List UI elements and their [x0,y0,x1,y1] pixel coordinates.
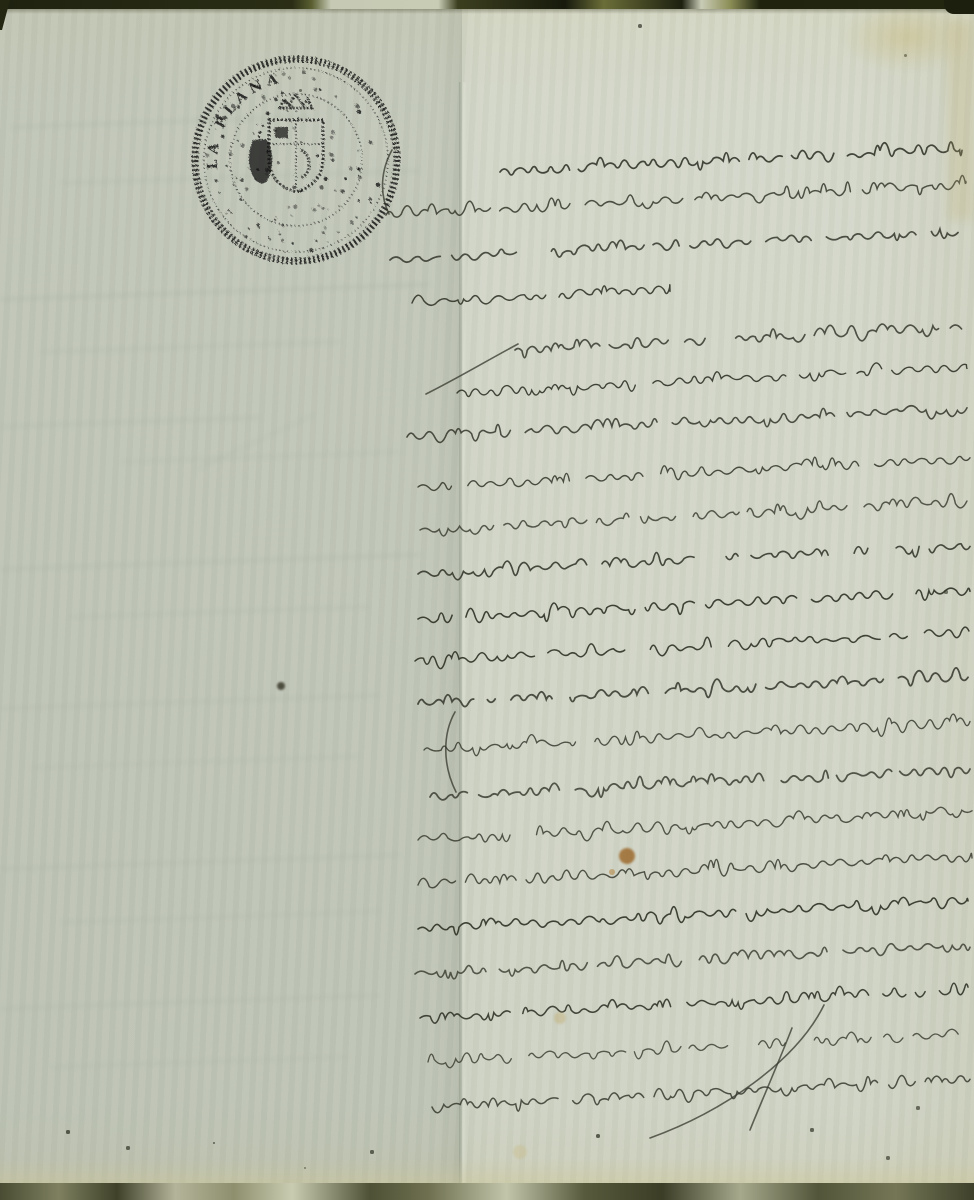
handwriting-line [420,494,974,536]
ink-speck [370,1150,373,1153]
bottom-edge-discoloration [0,1158,974,1183]
handwriting-line [415,627,974,669]
ink-speck [126,1146,129,1149]
ink-speck [638,24,642,28]
handwriting-line [457,363,967,397]
ink-speck [944,590,947,593]
handwriting-line [500,142,962,175]
foxing-stain [619,848,635,864]
handwriting-line [418,456,970,490]
ink-speck [596,1134,600,1138]
handwriting-flourish [650,1005,824,1138]
ink-speck [916,1106,919,1109]
handwriting-line [418,807,972,842]
ink-speck [609,869,615,875]
handwriting-line [386,175,966,217]
handwriting-line [418,897,968,934]
foxing-stain [554,1012,566,1024]
handwriting-line [430,768,970,800]
foxing-stain [513,1145,527,1159]
handwriting-line [390,229,958,262]
handwriting-line [428,1029,974,1067]
paper-stain-right-edge [948,20,974,220]
handwriting-line [418,588,970,622]
handwriting-line [418,544,970,580]
ink-speck [810,1128,813,1131]
handwriting-line [420,983,968,1023]
ink-speck [277,682,285,690]
scanned-document-page: LA PLANA · · · · · · · · · · Carta manus… [0,0,974,1200]
handwriting-line [424,714,970,756]
scan-edge-top [0,0,974,9]
ink-speck [299,89,302,92]
handwriting-flourish [750,1028,792,1130]
handwriting-line [432,1075,970,1112]
handwriting-line [418,668,968,707]
fold-crease-line [459,82,467,1200]
ink-speck [66,1130,69,1133]
handwriting-line [407,406,967,443]
handwriting-line [415,944,970,979]
handwriting-line [515,324,974,358]
scan-edge-bottom [0,1183,974,1200]
handwriting-line [418,853,972,887]
scan-corner-topright [944,0,974,14]
scan-edge-top-shadow [0,9,974,14]
